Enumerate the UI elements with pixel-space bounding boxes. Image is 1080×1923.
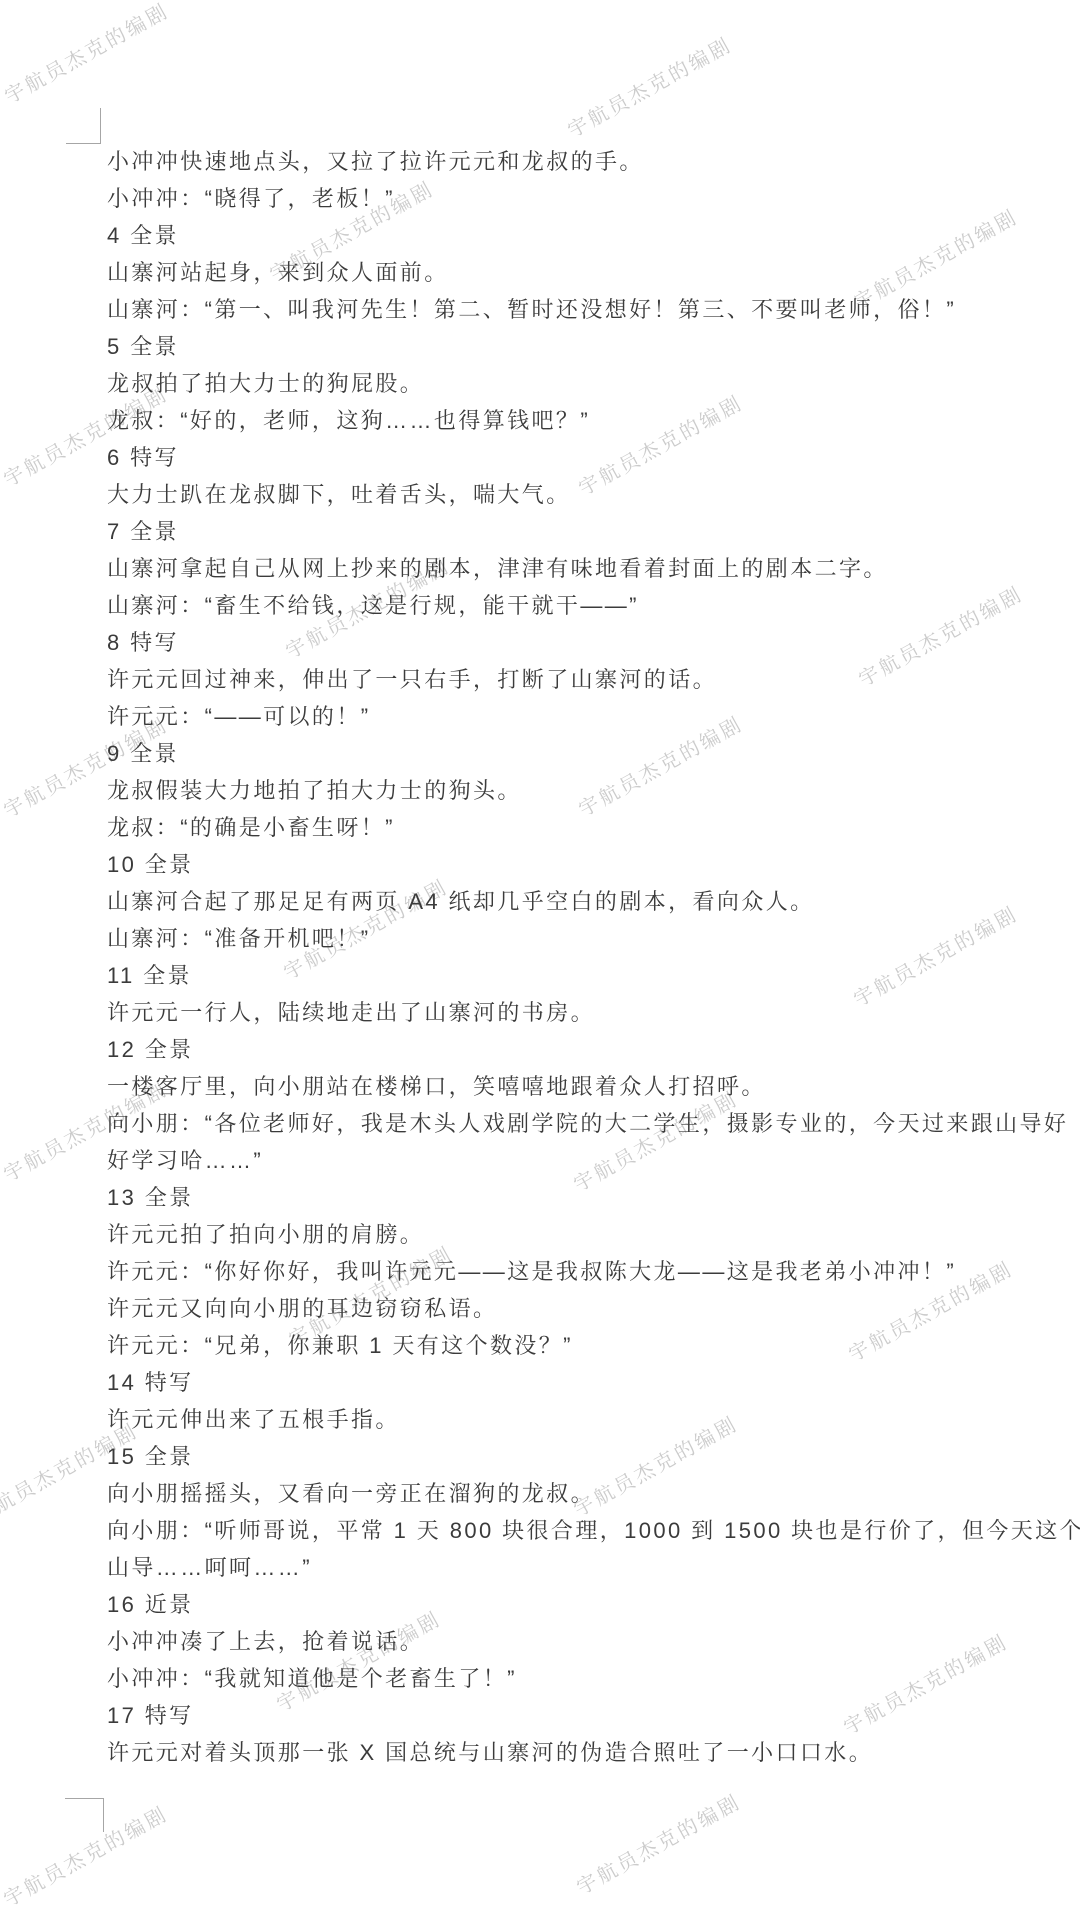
script-line: 小冲冲：“晓得了，老板！” — [107, 180, 1080, 217]
script-line: 向小朋：“听师哥说，平常 1 天 800 块很合理，1000 到 1500 块也… — [107, 1512, 1080, 1549]
script-line: 龙叔假装大力地拍了拍大力士的狗头。 — [107, 772, 1080, 809]
script-line: 许元元：“兄弟，你兼职 1 天有这个数没？” — [107, 1327, 1080, 1364]
script-line: 好学习哈……” — [107, 1142, 1080, 1179]
script-line: 11 全景 — [107, 957, 1080, 994]
script-line: 15 全景 — [107, 1438, 1080, 1475]
document-page: 宇航员杰克的编剧宇航员杰克的编剧宇航员杰克的编剧宇航员杰克的编剧宇航员杰克的编剧… — [0, 0, 1080, 1923]
script-line: 龙叔拍了拍大力士的狗屁股。 — [107, 365, 1080, 402]
watermark-text: 宇航员杰克的编剧 — [562, 29, 737, 144]
script-line: 山寨河：“准备开机吧！” — [107, 920, 1080, 957]
script-line: 12 全景 — [107, 1031, 1080, 1068]
script-line: 山寨河：“畜生不给钱，这是行规，能干就干——” — [107, 587, 1080, 624]
script-line: 山寨河：“第一、叫我河先生！第二、暂时还没想好！第三、不要叫老师，俗！” — [107, 291, 1080, 328]
script-line: 向小朋摇摇头，又看向一旁正在溜狗的龙叔。 — [107, 1475, 1080, 1512]
script-line: 13 全景 — [107, 1179, 1080, 1216]
script-line: 7 全景 — [107, 513, 1080, 550]
script-line: 山寨河站起身，来到众人面前。 — [107, 254, 1080, 291]
script-line: 许元元回过神来，伸出了一只右手，打断了山寨河的话。 — [107, 661, 1080, 698]
script-line: 许元元：“你好你好，我叫许元元——这是我叔陈大龙——这是我老弟小冲冲！” — [107, 1253, 1080, 1290]
script-line: 大力士趴在龙叔脚下，吐着舌头，喘大气。 — [107, 476, 1080, 513]
script-line: 8 特写 — [107, 624, 1080, 661]
script-line: 山寨河合起了那足足有两页 A4 纸却几乎空白的剧本，看向众人。 — [107, 883, 1080, 920]
margin-mark-top-left — [66, 108, 101, 144]
script-line: 山寨河拿起自己从网上抄来的剧本，津津有味地看着封面上的剧本二字。 — [107, 550, 1080, 587]
script-line: 龙叔：“的确是小畜生呀！” — [107, 809, 1080, 846]
script-line: 许元元伸出来了五根手指。 — [107, 1401, 1080, 1438]
script-line: 小冲冲：“我就知道他是个老畜生了！” — [107, 1660, 1080, 1697]
watermark-text: 宇航员杰克的编剧 — [0, 0, 173, 109]
script-line: 一楼客厅里，向小朋站在楼梯口，笑嘻嘻地跟着众人打招呼。 — [107, 1068, 1080, 1105]
script-line: 小冲冲快速地点头，又拉了拉许元元和龙叔的手。 — [107, 143, 1080, 180]
script-line: 14 特写 — [107, 1364, 1080, 1401]
script-line: 4 全景 — [107, 217, 1080, 254]
watermark-text: 宇航员杰克的编剧 — [571, 1786, 746, 1901]
script-line: 小冲冲凑了上去，抢着说话。 — [107, 1623, 1080, 1660]
script-line: 龙叔：“好的，老师，这狗……也得算钱吧？” — [107, 402, 1080, 439]
script-line: 16 近景 — [107, 1586, 1080, 1623]
script-line: 许元元又向向小朋的耳边窃窃私语。 — [107, 1290, 1080, 1327]
script-line: 许元元对着头顶那一张 X 国总统与山寨河的伪造合照吐了一小口口水。 — [107, 1734, 1080, 1771]
script-line: 5 全景 — [107, 328, 1080, 365]
script-line: 17 特写 — [107, 1697, 1080, 1734]
script-line: 山导……呵呵……” — [107, 1549, 1080, 1586]
script-line: 许元元一行人，陆续地走出了山寨河的书房。 — [107, 994, 1080, 1031]
script-line: 6 特写 — [107, 439, 1080, 476]
margin-mark-bottom-left — [65, 1798, 104, 1832]
script-text: 小冲冲快速地点头，又拉了拉许元元和龙叔的手。小冲冲：“晓得了，老板！”4 全景山… — [107, 143, 1080, 1771]
script-line: 9 全景 — [107, 735, 1080, 772]
script-line: 向小朋：“各位老师好，我是木头人戏剧学院的大二学生，摄影专业的，今天过来跟山导好 — [107, 1105, 1080, 1142]
script-line: 许元元：“——可以的！” — [107, 698, 1080, 735]
script-line: 10 全景 — [107, 846, 1080, 883]
script-line: 许元元拍了拍向小朋的肩膀。 — [107, 1216, 1080, 1253]
